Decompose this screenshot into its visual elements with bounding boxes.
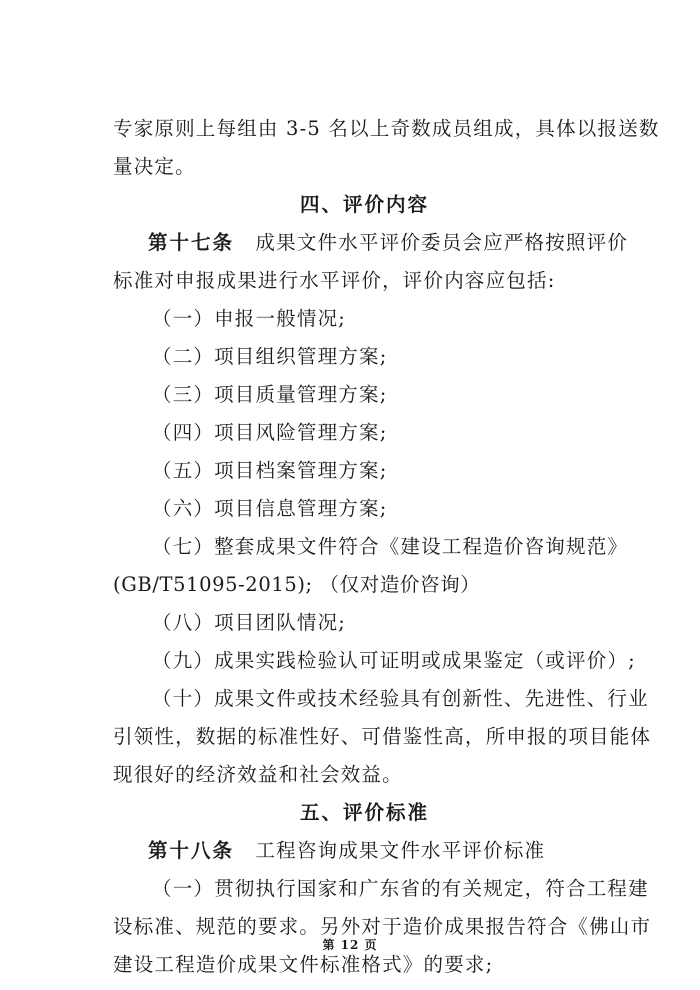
list-item: （十）成果文件或技术经验具有创新性、先进性、行业 [152,687,649,711]
page-number: 第 12 页 [0,936,700,953]
list-item: （一）贯彻执行国家和广东省的有关规定，符合工程建 [152,877,649,901]
section-heading-evaluation-content: 四、评价内容 [300,193,429,217]
list-item: （八）项目团队情况; [152,611,346,635]
article-17-line: 第十七条 成果文件水平评价委员会应严格按照评价 [148,231,628,255]
section-heading-evaluation-standard: 五、评价标准 [300,801,429,825]
list-item: （二）项目组织管理方案; [152,345,387,369]
article-number: 第十八条 [148,839,234,862]
body-text-line: 引领性，数据的标准性好、可借鉴性高，所申报的项目能体 [113,725,651,749]
list-item: （四）项目风险管理方案; [152,421,387,445]
body-text-line: (GB/T51095-2015); （仅对造价咨询） [113,573,480,597]
list-item: （三）项目质量管理方案; [152,383,387,407]
list-item: （九）成果实践检验认可证明或成果鉴定（或评价）; [152,649,636,673]
article-text: 成果文件水平评价委员会应严格按照评价 [255,231,628,254]
body-text-line: 专家原则上每组由 3-5 名以上奇数成员组成，具体以报送数 [113,117,660,141]
article-number: 第十七条 [148,231,234,254]
list-item: （一）申报一般情况; [152,307,346,331]
list-item: （七）整套成果文件符合《建设工程造价咨询规范》 [152,535,628,559]
body-text-line: 标准对申报成果进行水平评价，评价内容应包括: [113,269,555,293]
body-text-line: 建设工程造价成果文件标准格式》的要求; [113,953,493,977]
article-18-line: 第十八条 工程咨询成果文件水平评价标准 [148,839,545,863]
body-text-line: 量决定。 [113,155,196,179]
list-item: （六）项目信息管理方案; [152,497,387,521]
article-text: 工程咨询成果文件水平评价标准 [255,839,545,862]
list-item: （五）项目档案管理方案; [152,459,387,483]
body-text-line: 现很好的经济效益和社会效益。 [113,763,403,787]
